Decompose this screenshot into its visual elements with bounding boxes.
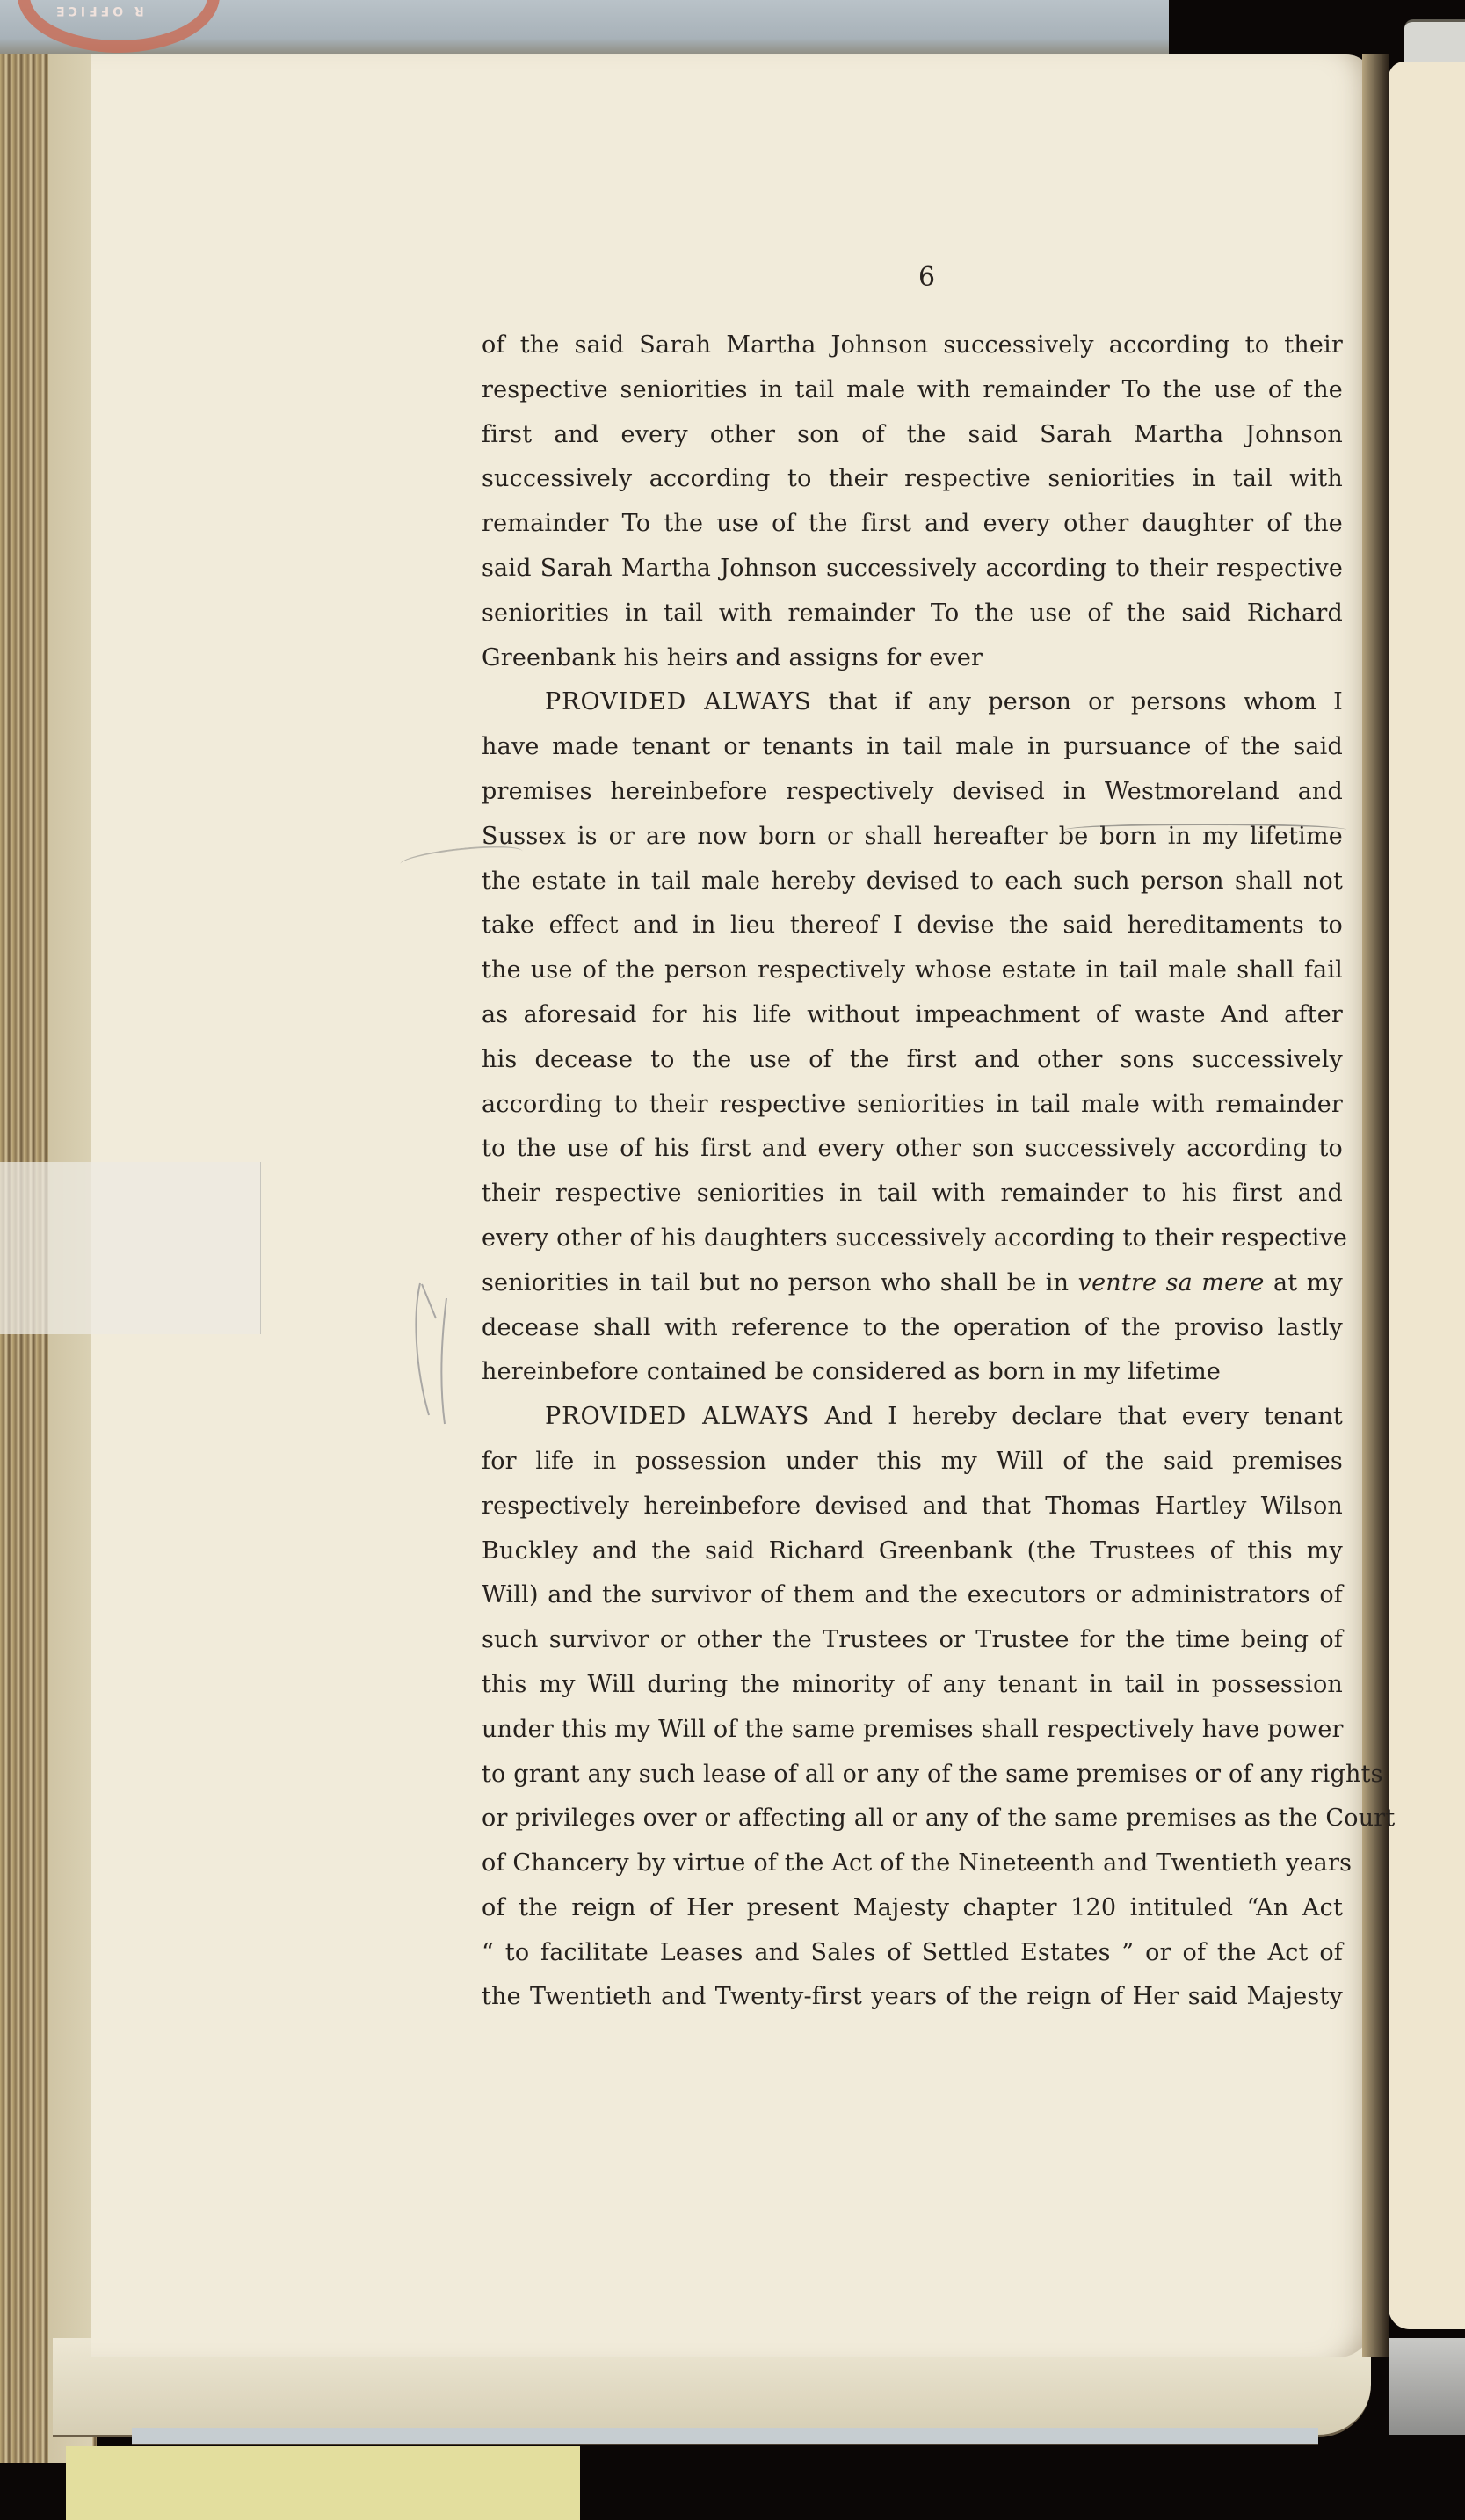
text-line: respective seniorities in tail male with… <box>482 368 1343 413</box>
text-line: Buckley and the said Richard Greenbank (… <box>482 1529 1343 1574</box>
document-body: of the said Sarah Martha Johnson success… <box>482 323 1343 2020</box>
text-line: the estate in tail male hereby devised t… <box>482 860 1343 904</box>
text-line: for life in possession under this my Wil… <box>482 1440 1343 1485</box>
text-line: PROVIDED ALWAYS And I hereby declare tha… <box>482 1395 1343 1440</box>
text-line: such survivor or other the Trustees or T… <box>482 1618 1343 1663</box>
text-line: have made tenant or tenants in tail male… <box>482 725 1343 770</box>
text-line: his decease to the use of the first and … <box>482 1038 1343 1083</box>
text-line: Greenbank his heirs and assigns for ever <box>482 636 1343 681</box>
text-line: seniorities in tail but no person who sh… <box>482 1261 1343 1306</box>
text-line: first and every other son of the said Sa… <box>482 413 1343 458</box>
tape-strip <box>0 1162 261 1334</box>
text-line: of the said Sarah Martha Johnson success… <box>482 323 1343 368</box>
text-line: as aforesaid for his life without impeac… <box>482 993 1343 1038</box>
text-line: this my Will during the minority of any … <box>482 1663 1343 1708</box>
text-line: respectively hereinbefore devised and th… <box>482 1485 1343 1529</box>
pencil-underline-mark <box>1065 824 1346 836</box>
text-span: that if any person or persons whom I <box>829 688 1343 715</box>
text-line: premises hereinbefore respectively devis… <box>482 770 1343 815</box>
text-span: at my <box>1273 1269 1343 1296</box>
text-line: their respective seniorities in tail wit… <box>482 1172 1343 1216</box>
paragraph-3: PROVIDED ALWAYS And I hereby declare tha… <box>482 1395 1343 2020</box>
text-line: according to their respective senioritie… <box>482 1083 1343 1128</box>
text-line: Sussex is or are now born or shall herea… <box>482 815 1343 860</box>
text-line: Will) and the survivor of them and the e… <box>482 1573 1343 1618</box>
text-line: under this my Will of the same premises … <box>482 1708 1343 1753</box>
page-bottom-lip <box>132 2428 1318 2445</box>
page-number: 6 <box>918 262 935 293</box>
facing-page-edge <box>1389 62 1465 2329</box>
provided-always-heading: PROVIDED ALWAYS <box>545 688 811 715</box>
facing-page-bottom <box>1389 2338 1465 2435</box>
paragraph-1: of the said Sarah Martha Johnson success… <box>482 323 1343 680</box>
text-line: remainder To the use of the first and ev… <box>482 502 1343 547</box>
text-line: or privileges over or affecting all or a… <box>482 1797 1343 1841</box>
paragraph-2: PROVIDED ALWAYS that if any person or pe… <box>482 680 1343 1395</box>
text-line: hereinbefore contained be considered as … <box>482 1350 1343 1395</box>
text-line: take effect and in lieu thereof I devise… <box>482 904 1343 948</box>
top-board: R OFFICE <box>0 0 1169 54</box>
text-span: seniorities in tail but no person who sh… <box>482 1269 1069 1296</box>
text-span: And I hereby declare that every tenant <box>824 1403 1343 1430</box>
text-line: the use of the person respectively whose… <box>482 948 1343 993</box>
text-line: of Chancery by virtue of the Act of the … <box>482 1841 1343 1886</box>
text-line: PROVIDED ALWAYS that if any person or pe… <box>482 680 1343 725</box>
text-line: said Sarah Martha Johnson successively a… <box>482 547 1343 592</box>
text-line: seniorities in tail with remainder To th… <box>482 592 1343 636</box>
text-line: decease shall with reference to the oper… <box>482 1306 1343 1351</box>
text-line: “ to facilitate Leases and Sales of Sett… <box>482 1931 1343 1976</box>
text-line: of the reign of Her present Majesty chap… <box>482 1886 1343 1931</box>
pencil-margin-mark-icon <box>410 1279 453 1428</box>
sticky-note <box>66 2446 580 2520</box>
provided-always-heading: PROVIDED ALWAYS <box>545 1403 809 1430</box>
text-line: to grant any such lease of all or any of… <box>482 1753 1343 1797</box>
gutter-shadow <box>1362 54 1389 2357</box>
right-page-top-edge <box>1404 19 1465 66</box>
stamp-text: R OFFICE <box>53 4 144 18</box>
latin-phrase: ventre sa mere <box>1078 1269 1265 1296</box>
text-line: to the use of his first and every other … <box>482 1127 1343 1172</box>
text-line: every other of his daughters successivel… <box>482 1216 1343 1261</box>
text-line: successively according to their respecti… <box>482 457 1343 502</box>
text-line: the Twentieth and Twenty-first years of … <box>482 1975 1343 2020</box>
